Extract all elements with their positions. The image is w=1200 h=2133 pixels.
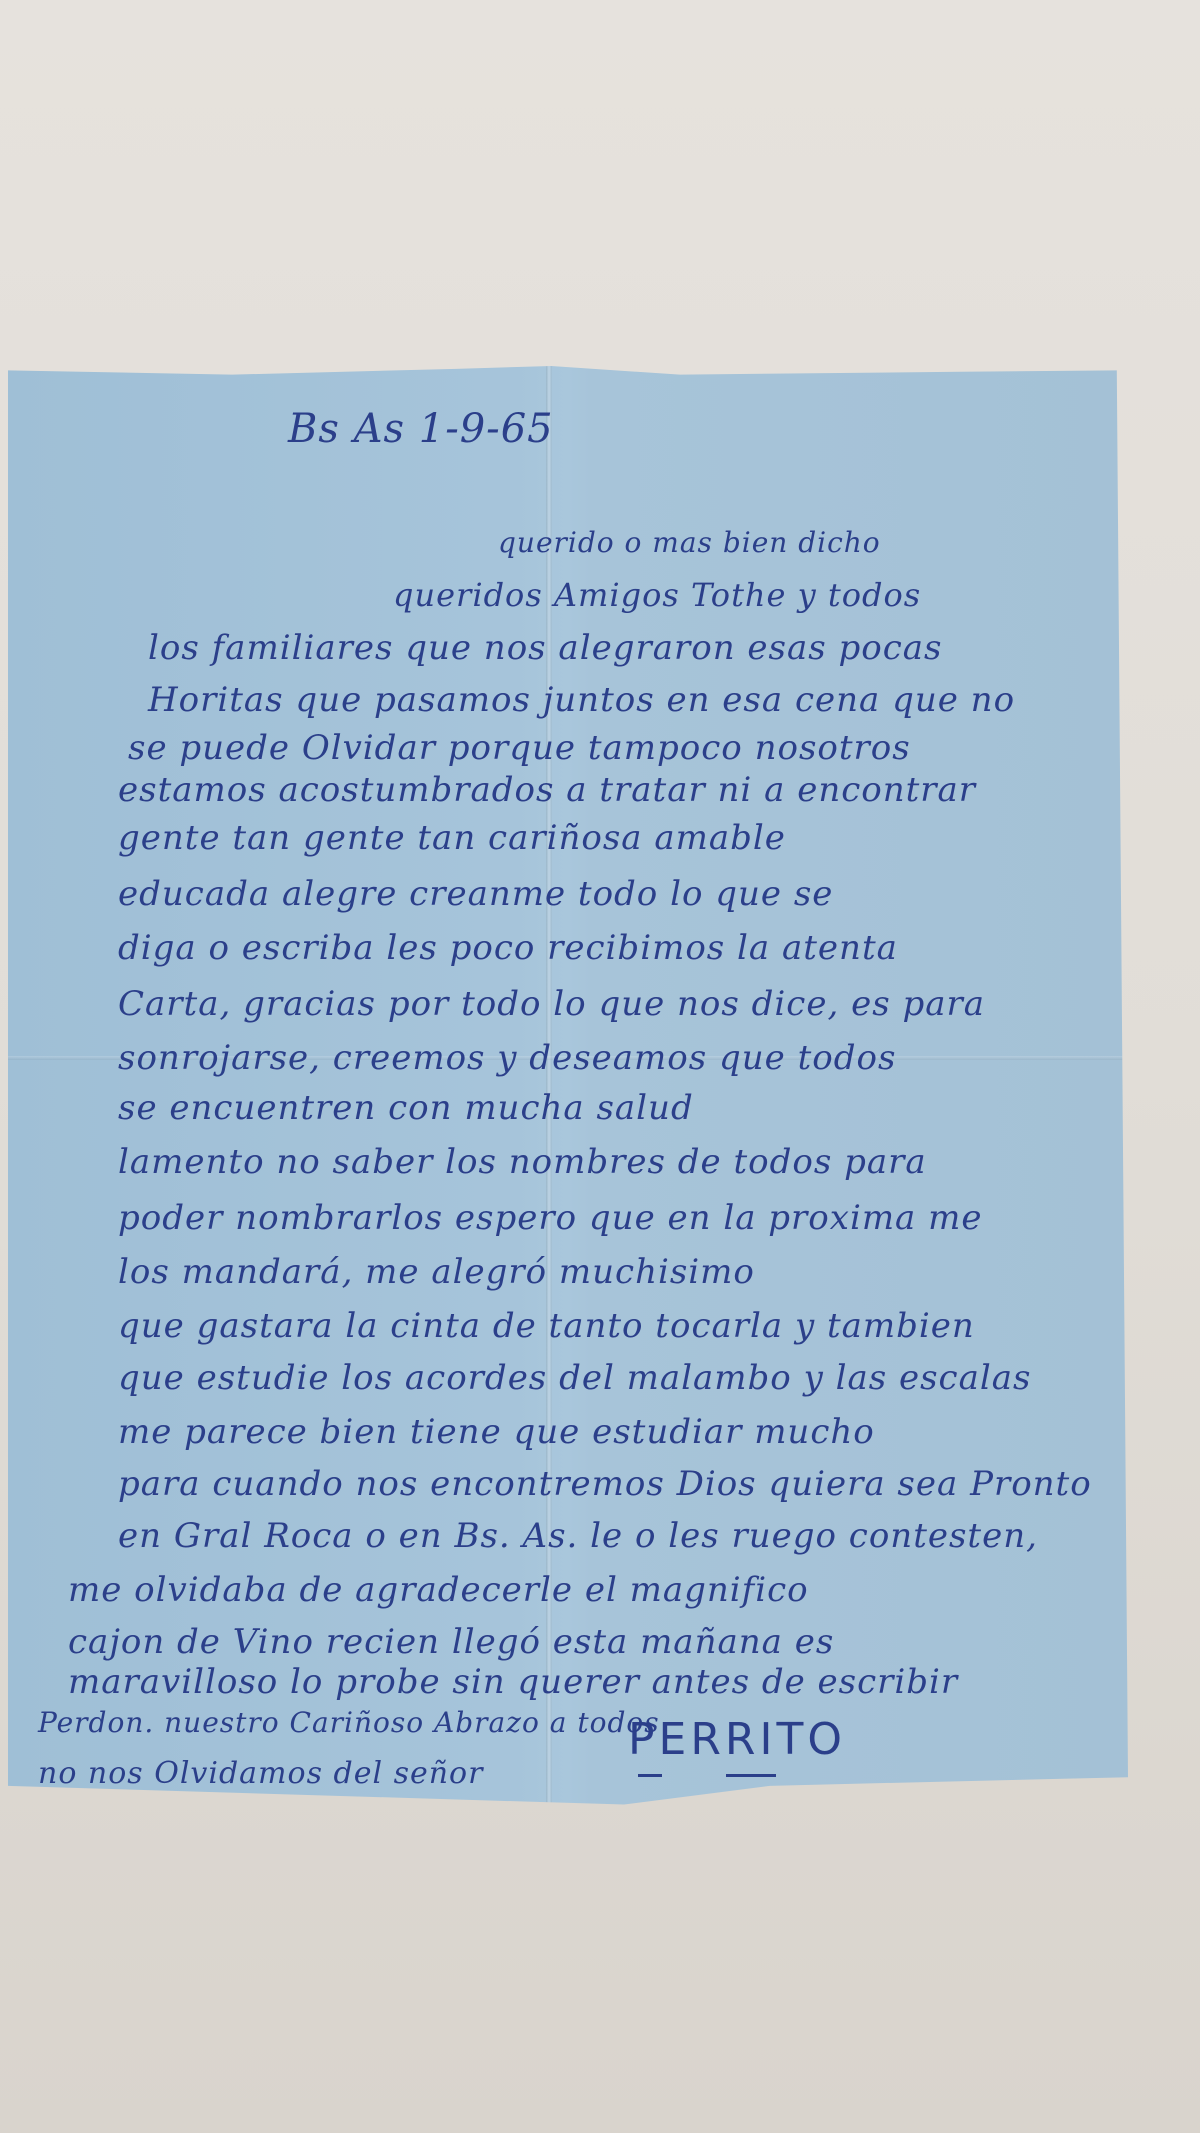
body-line: se puede Olvidar porque tampoco nosotros <box>128 728 911 768</box>
signature-underline <box>638 1774 662 1777</box>
body-line: diga o escriba les poco recibimos la ate… <box>118 928 898 968</box>
body-line: me parece bien tiene que estudiar mucho <box>118 1412 875 1452</box>
body-line: educada alegre creanme todo lo que se <box>118 874 833 914</box>
body-line: poder nombrarlos espero que en la proxim… <box>118 1198 983 1238</box>
signature: PERRITO <box>628 1714 846 1765</box>
postscript-names: Maritere y Oscar Alemany <box>38 1798 543 1839</box>
body-line: lamento no saber los nombres de todos pa… <box>118 1142 927 1182</box>
body-line: cajon de Vino recien llegó esta mañana e… <box>68 1622 834 1662</box>
body-line: en Gral Roca o en Bs. As. le o les ruego… <box>118 1516 1038 1556</box>
body-line: para cuando nos encontremos Dios quiera … <box>118 1464 1092 1504</box>
body-line: se encuentren con mucha salud <box>118 1088 694 1128</box>
body-line: que gastara la cinta de tanto tocarla y … <box>118 1306 975 1346</box>
body-line: estamos acostumbrados a tratar ni a enco… <box>118 770 976 810</box>
body-line: los mandará, me alegró muchisimo <box>118 1252 755 1292</box>
body-line: que estudie los acordes del malambo y la… <box>118 1358 1031 1398</box>
place-date: Bs As 1-9-65 <box>288 406 554 452</box>
greeting-line-2: queridos Amigos Tothe y todos <box>393 576 921 614</box>
closing-line: Perdon. nuestro Cariñoso Abrazo a todos <box>38 1706 660 1739</box>
signature-underline <box>726 1774 776 1777</box>
body-line: Horitas que pasamos juntos en esa cena q… <box>148 680 1015 720</box>
postscript-line: no nos Olvidamos del señor <box>38 1756 483 1791</box>
body-line: Carta, gracias por todo lo que nos dice,… <box>118 984 985 1024</box>
letter-paper: Bs As 1-9-65 querido o mas bien dicho qu… <box>8 366 1128 1806</box>
body-line: gente tan gente tan cariñosa amable <box>118 818 786 858</box>
body-line: sonrojarse, creemos y deseamos que todos <box>118 1038 896 1078</box>
body-line: me olvidaba de agradecerle el magnifico <box>68 1570 809 1610</box>
body-line: maravilloso lo probe sin querer antes de… <box>68 1662 958 1702</box>
body-line: los familiares que nos alegraron esas po… <box>148 628 943 668</box>
greeting-line-1: querido o mas bien dicho <box>498 526 881 559</box>
